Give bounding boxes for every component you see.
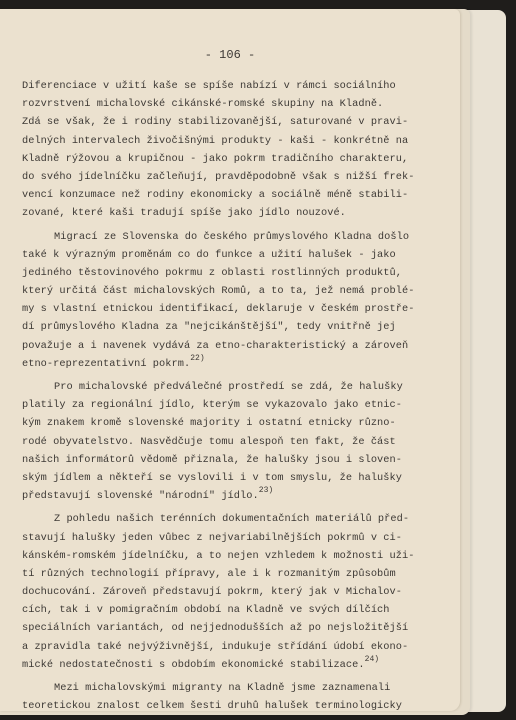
footnote-ref-22: 22) xyxy=(190,354,205,363)
footnote-ref-24: 24) xyxy=(365,655,380,664)
text-line: Z pohledu našich terénních dokumentačníc… xyxy=(22,510,442,528)
text-line: rodé obyvatelstvo. Nasvědčuje tomu alesp… xyxy=(22,433,442,451)
text-line: Diferenciace v užití kaše se spíše nabíz… xyxy=(22,77,442,95)
text-line: a zpravidla také nejvýživnější, indukuje… xyxy=(22,638,442,656)
text-line: vencí konzumace než rodiny ekonomicky a … xyxy=(22,186,442,204)
text-line: který určitá část michalovských Romů, a … xyxy=(22,282,442,300)
paragraph-5: Mezi michalovskými migranty na Kladně js… xyxy=(22,679,442,715)
paragraph-1: Diferenciace v užití kaše se spíše nabíz… xyxy=(22,77,442,223)
text-line: kánském-romském jídelníčku, a to nejen v… xyxy=(22,547,442,565)
text-line: delných intervalech živočišnými produkty… xyxy=(22,132,442,150)
text-line: dochucování. Zároveň představují pokrm, … xyxy=(22,583,442,601)
text-line: etno-reprezentativní pokrm.22) xyxy=(22,355,442,373)
text-line: zované, které kaši tradují spíše jako jí… xyxy=(22,204,442,222)
text-span: představují slovenské "národní" jídlo. xyxy=(22,490,259,502)
text-line: teoretickou znalost celkem šesti druhů h… xyxy=(22,697,442,715)
text-line: ským jídlem a někteří se vyslovili i v t… xyxy=(22,469,442,487)
text-line: stavují halušky jeden vůbec z nejvariabi… xyxy=(22,529,442,547)
text-line: platily za regionální jídlo, kterým se v… xyxy=(22,396,442,414)
text-line: tí různých technologií přípravy, ale i k… xyxy=(22,565,442,583)
text-line: do svého jídelníčku začleňují, pravděpod… xyxy=(22,168,442,186)
text-line: my s vlastní etnickou identifikací, dekl… xyxy=(22,300,442,318)
document-page: - 106 - Diferenciace v užití kaše se spí… xyxy=(0,9,460,711)
text-line: Pro michalovské předválečné prostředí se… xyxy=(22,378,442,396)
paragraph-3: Pro michalovské předválečné prostředí se… xyxy=(22,378,442,505)
text-line: Kladně rýžovou a krupičnou - jako pokrm … xyxy=(22,150,442,168)
text-line: jediného těstovinového pokrmu z oblasti … xyxy=(22,264,442,282)
text-line: našich informátorů vědomě přiznala, že h… xyxy=(22,451,442,469)
text-span: etno-reprezentativní pokrm. xyxy=(22,358,190,370)
text-line: rozvrstvení michalovské cikánské-romské … xyxy=(22,95,442,113)
text-span: mické nedostatečnosti s obdobím ekonomic… xyxy=(22,659,365,671)
text-line: představují slovenské "národní" jídlo.23… xyxy=(22,487,442,505)
text-line: mické nedostatečnosti s obdobím ekonomic… xyxy=(22,656,442,674)
text-line: Mezi michalovskými migranty na Kladně js… xyxy=(22,679,442,697)
text-line: Zdá se však, že i rodiny stabilizovanějš… xyxy=(22,113,442,131)
body-text: Diferenciace v užití kaše se spíše nabíz… xyxy=(22,77,442,715)
paragraph-4: Z pohledu našich terénních dokumentačníc… xyxy=(22,510,442,674)
footnote-ref-23: 23) xyxy=(259,486,274,495)
page-number: - 106 - xyxy=(0,48,460,62)
text-line: Migrací ze Slovenska do českého průmyslo… xyxy=(22,228,442,246)
text-line: také k výrazným proměnám co do funkce a … xyxy=(22,246,442,264)
paragraph-2: Migrací ze Slovenska do českého průmyslo… xyxy=(22,228,442,374)
text-line: dí průmyslového Kladna za "nejcikánštějš… xyxy=(22,318,442,336)
text-line: speciálních variantách, od nejjednodušší… xyxy=(22,619,442,637)
text-line: cích, tak i v pomigračním období na Klad… xyxy=(22,601,442,619)
text-line: kým znakem kromě slovenské majority i os… xyxy=(22,414,442,432)
text-line: považuje a i navenek vydává za etno-char… xyxy=(22,337,442,355)
